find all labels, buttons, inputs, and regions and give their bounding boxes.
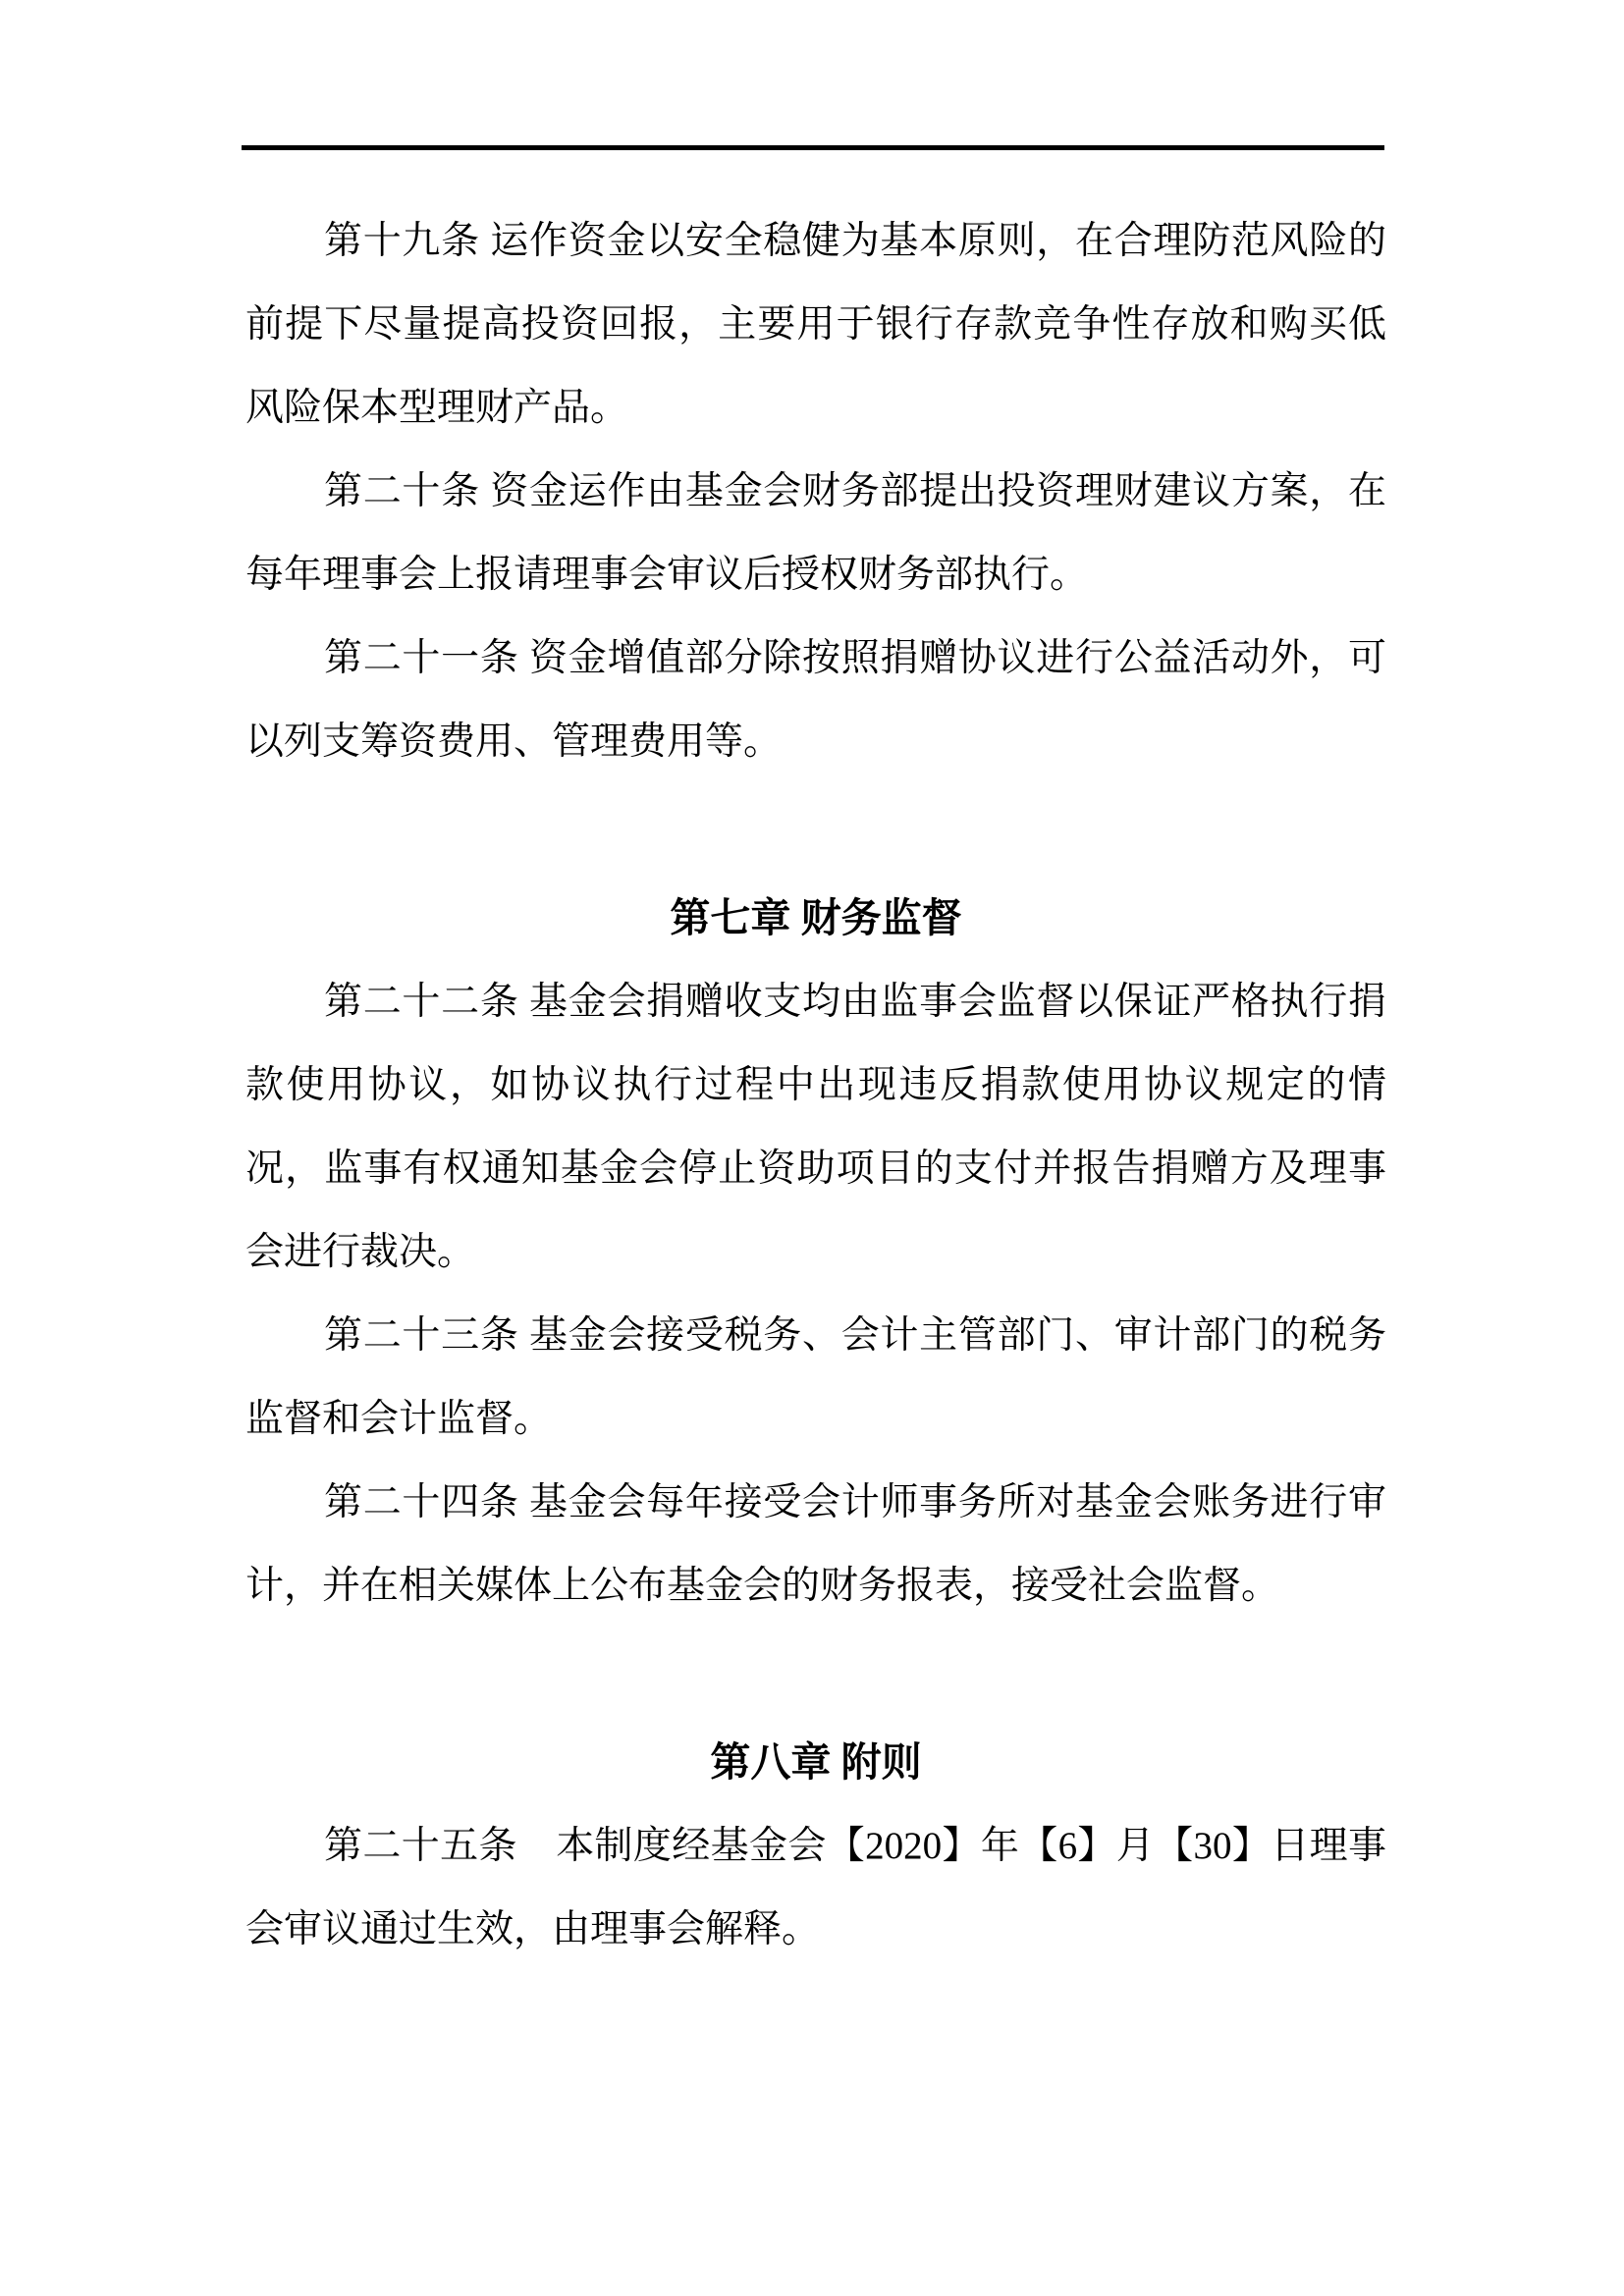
header-rule xyxy=(242,145,1384,150)
paragraph-article-23: 第二十三条 基金会接受税务、会计主管部门、审计部门的税务监督和会计监督。 xyxy=(245,1294,1386,1461)
chapter-heading-7: 第七章 财务监督 xyxy=(245,877,1386,960)
paragraph-article-24: 第二十四条 基金会每年接受会计师事务所对基金会账务进行审计，并在相关媒体上公布基… xyxy=(245,1461,1386,1628)
paragraph-article-25: 第二十五条 本制度经基金会【2020】年【6】月【30】日理事会审议通过生效，由… xyxy=(245,1804,1386,1971)
document-page: 第十九条 运作资金以安全稳健为基本原则，在合理防范风险的前提下尽量提高投资回报，… xyxy=(0,0,1624,2296)
chapter-heading-8: 第八章 附则 xyxy=(245,1721,1386,1804)
paragraph-article-19: 第十九条 运作资金以安全稳健为基本原则，在合理防范风险的前提下尽量提高投资回报，… xyxy=(245,199,1386,450)
document-body: 第十九条 运作资金以安全稳健为基本原则，在合理防范风险的前提下尽量提高投资回报，… xyxy=(245,199,1386,1971)
paragraph-article-21: 第二十一条 资金增值部分除按照捐赠协议进行公益活动外，可以列支筹资费用、管理费用… xyxy=(245,616,1386,783)
paragraph-article-20: 第二十条 资金运作由基金会财务部提出投资理财建议方案，在每年理事会上报请理事会审… xyxy=(245,450,1386,616)
paragraph-article-22: 第二十二条 基金会捐赠收支均由监事会监督以保证严格执行捐款使用协议，如协议执行过… xyxy=(245,960,1386,1294)
